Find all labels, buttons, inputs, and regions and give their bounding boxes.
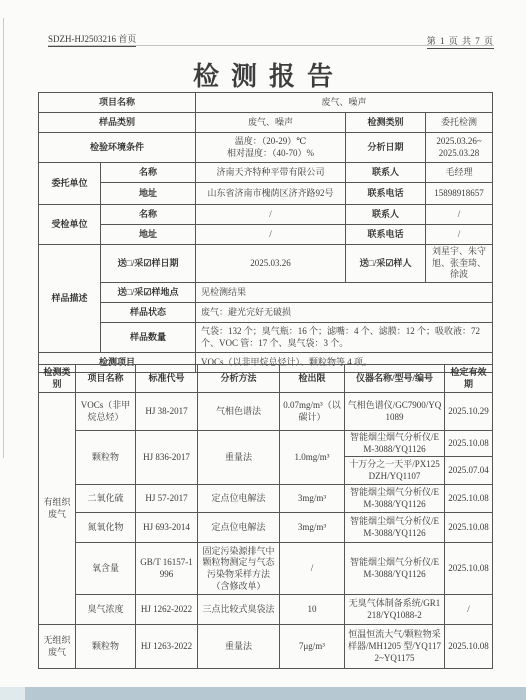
report-number: SDZH-HJ2503216 首页 bbox=[48, 32, 136, 47]
client-address-label: 地址 bbox=[101, 183, 196, 205]
client-contact-label: 联系人 bbox=[346, 163, 426, 183]
test-category-value: 委托检测 bbox=[426, 113, 493, 133]
test-category-label: 检测类别 bbox=[346, 113, 426, 133]
row-so2-instrument: 智能烟尘烟气分析仪/EM-3088/YQ1126 bbox=[345, 485, 445, 513]
row-nox-valid: 2025.10.08 bbox=[445, 513, 493, 543]
row-so2-limit: 3mg/m³ bbox=[280, 485, 345, 513]
sampling-date-label: 送□/采☑样日期 bbox=[101, 245, 196, 283]
row-odor-method: 三点比较式臭袋法 bbox=[198, 595, 280, 625]
analysis-date-end: 2025.03.28 bbox=[428, 148, 490, 160]
col-header-instrument: 仪器名称/型号/编号 bbox=[345, 365, 445, 393]
row-so2-standard: HJ 57-2017 bbox=[136, 485, 198, 513]
method-table: 检测类别 项目名称 标准代号 分析方法 检出限 仪器名称/型号/编号 检定有效期… bbox=[38, 364, 493, 669]
env-conditions-label: 检验环境条件 bbox=[39, 133, 196, 163]
env-conditions-value: 温度：（20-29）℃ 相对湿度：（40-70）% bbox=[196, 133, 346, 163]
row-pm-method: 重量法 bbox=[198, 431, 280, 485]
sampling-location-label: 送□/采☑样地点 bbox=[101, 283, 196, 303]
sampling-location-value: 见检测结果 bbox=[196, 283, 493, 303]
page-header: SDZH-HJ2503216 首页 第 1 页 共 7 页 bbox=[48, 32, 494, 47]
inspected-phone-value: / bbox=[426, 225, 493, 245]
client-phone-value: 15898918657 bbox=[426, 183, 493, 205]
row-odor-name: 臭气浓度 bbox=[76, 595, 136, 625]
row-pm-name: 颗粒物 bbox=[76, 431, 136, 485]
project-name-label: 项目名称 bbox=[39, 93, 196, 113]
row-fugitive-pm-instrument: 恒温恒流大气/颗粒物采样器/MH1205 型/YQ1172~YQ1175 bbox=[345, 625, 445, 669]
row-vocs-standard: HJ 38-2017 bbox=[136, 393, 198, 431]
row-vocs-instrument: 气相色谱仪/GC7900/YQ1089 bbox=[345, 393, 445, 431]
sampler-label: 送□/采☑样人 bbox=[346, 245, 426, 283]
row-fugitive-pm-name: 颗粒物 bbox=[76, 625, 136, 669]
row-odor-instrument: 无臭气体制备系统/GR1218/YQ1088-2 bbox=[345, 595, 445, 625]
analysis-date-value: 2025.03.26~ 2025.03.28 bbox=[426, 133, 493, 163]
sample-type-label: 样品类别 bbox=[39, 113, 196, 133]
client-info-table: 项目名称 废气、噪声 样品类别 废气、噪声 检测类别 委托检测 检验环境条件 温… bbox=[38, 92, 493, 373]
analysis-date-start: 2025.03.26~ bbox=[428, 136, 490, 148]
sampler-value: 刘星宇、朱守旭、张奎琦、徐波 bbox=[426, 245, 493, 283]
client-section-label: 委托单位 bbox=[39, 163, 101, 205]
col-header-detection-limit: 检出限 bbox=[280, 365, 345, 393]
row-vocs-limit: 0.07mg/m³（以碳计） bbox=[280, 393, 345, 431]
env-humidity: 相对湿度：（40-70）% bbox=[198, 148, 343, 160]
inspected-phone-label: 联系电话 bbox=[346, 225, 426, 245]
sample-type-value: 废气、噪声 bbox=[196, 113, 346, 133]
sample-desc-label: 样品描述 bbox=[39, 245, 101, 353]
row-vocs-method: 气相色谱法 bbox=[198, 393, 280, 431]
row-pm-limit: 1.0mg/m³ bbox=[280, 431, 345, 485]
row-nox-instrument: 智能烟尘烟气分析仪/EM-3088/YQ1126 bbox=[345, 513, 445, 543]
row-o2-limit: / bbox=[280, 543, 345, 595]
inspected-section-label: 受检单位 bbox=[39, 205, 101, 245]
row-fugitive-pm-valid: 2025.10.08 bbox=[445, 625, 493, 669]
category-fugitive-gas: 无组织废气 bbox=[39, 625, 76, 669]
row-o2-method: 固定污染源排气中颗粒物测定与气态污染物采样方法（含修改单） bbox=[198, 543, 280, 595]
row-odor-limit: 10 bbox=[280, 595, 345, 625]
row-nox-standard: HJ 693-2014 bbox=[136, 513, 198, 543]
row-pm-instrument-balance: 十万分之一天平/PX125DZH/YQ1107 bbox=[345, 457, 445, 485]
row-o2-instrument: 智能烟尘烟气分析仪/EM-3088/YQ1126 bbox=[345, 543, 445, 595]
row-fugitive-pm-method: 重量法 bbox=[198, 625, 280, 669]
project-name-value: 废气、噪声 bbox=[196, 93, 493, 113]
row-pm-valid-balance: 2025.07.04 bbox=[445, 457, 493, 485]
client-name-label: 名称 bbox=[101, 163, 196, 183]
row-vocs-name: VOCs（非甲烷总烃） bbox=[76, 393, 136, 431]
row-pm-instrument-analyzer: 智能烟尘烟气分析仪/EM-3088/YQ1126 bbox=[345, 431, 445, 457]
sample-state-label: 样品状态 bbox=[101, 303, 196, 323]
row-o2-name: 氧含量 bbox=[76, 543, 136, 595]
row-fugitive-pm-standard: HJ 1263-2022 bbox=[136, 625, 198, 669]
row-so2-valid: 2025.10.08 bbox=[445, 485, 493, 513]
row-odor-valid: / bbox=[445, 595, 493, 625]
inspected-address-value: / bbox=[196, 225, 346, 245]
inspected-contact-value: / bbox=[426, 205, 493, 225]
col-header-valid-until: 检定有效期 bbox=[445, 365, 493, 393]
col-header-method: 分析方法 bbox=[198, 365, 280, 393]
sample-quantity-value: 气袋：132 个；臭气瓶：16 个；滤嘴：4 个、滤膜：12 个；吸收液：72 … bbox=[196, 323, 493, 353]
col-header-standard: 标准代号 bbox=[136, 365, 198, 393]
row-pm-valid-analyzer: 2025.10.08 bbox=[445, 431, 493, 457]
inspected-contact-label: 联系人 bbox=[346, 205, 426, 225]
inspected-address-label: 地址 bbox=[101, 225, 196, 245]
sample-quantity-label: 样品数量 bbox=[101, 323, 196, 353]
scanned-report-page: SDZH-HJ2503216 首页 第 1 页 共 7 页 检测报告 项目名称 … bbox=[0, 0, 526, 700]
sampling-date-value: 2025.03.26 bbox=[196, 245, 346, 283]
category-organized-gas: 有组织废气 bbox=[39, 393, 76, 625]
page-title: 检测报告 bbox=[0, 56, 526, 93]
col-header-item: 项目名称 bbox=[76, 365, 136, 393]
row-so2-method: 定点位电解法 bbox=[198, 485, 280, 513]
row-o2-standard: GB/T 16157-1996 bbox=[136, 543, 198, 595]
inspected-name-value: / bbox=[196, 205, 346, 225]
row-nox-limit: 3mg/m³ bbox=[280, 513, 345, 543]
window-bottom-strip-left bbox=[0, 687, 25, 700]
client-address-value: 山东省济南市槐荫区济齐路92号 bbox=[196, 183, 346, 205]
row-pm-standard: HJ 836-2017 bbox=[136, 431, 198, 485]
col-header-category: 检测类别 bbox=[39, 365, 76, 393]
sample-state-value: 废气：避光完好无破损 bbox=[196, 303, 493, 323]
client-name-value: 济南天齐特种平带有限公司 bbox=[196, 163, 346, 183]
client-contact-value: 毛经理 bbox=[426, 163, 493, 183]
row-odor-standard: HJ 1262-2022 bbox=[136, 595, 198, 625]
env-temperature: 温度：（20-29）℃ bbox=[198, 136, 343, 148]
row-o2-valid: 2025.10.08 bbox=[445, 543, 493, 595]
row-nox-name: 氮氧化物 bbox=[76, 513, 136, 543]
analysis-date-label: 分析日期 bbox=[346, 133, 426, 163]
row-so2-name: 二氧化硫 bbox=[76, 485, 136, 513]
row-vocs-valid: 2025.10.29 bbox=[445, 393, 493, 431]
client-phone-label: 联系电话 bbox=[346, 183, 426, 205]
inspected-name-label: 名称 bbox=[101, 205, 196, 225]
row-fugitive-pm-limit: 7μg/m³ bbox=[280, 625, 345, 669]
page-number: 第 1 页 共 7 页 bbox=[427, 34, 494, 49]
window-bottom-strip bbox=[0, 687, 526, 700]
row-nox-method: 定点位电解法 bbox=[198, 513, 280, 543]
